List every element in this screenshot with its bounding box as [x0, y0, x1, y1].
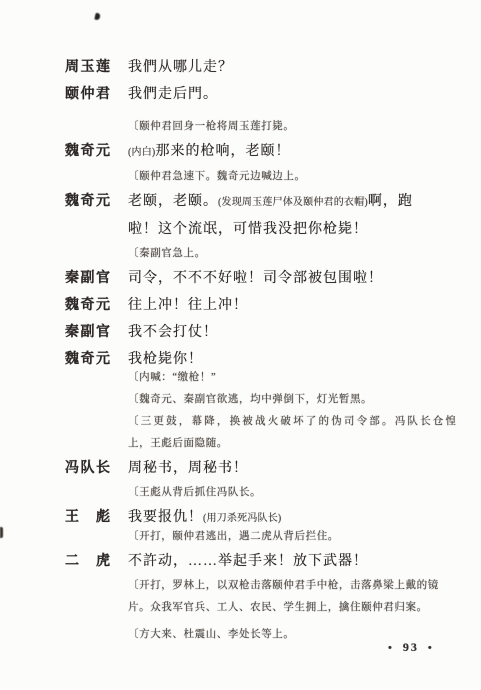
dialogue-text: 往上冲！往上冲！: [128, 292, 248, 319]
speaker-name: 魏奇元: [65, 292, 128, 319]
script-body: 周玉莲 我們从哪儿走？ 颐仲君 我們走后門。 〔颐仲君回身一枪将周玉莲打毙。 魏…: [0, 0, 481, 646]
dialogue-text: 司令，不不不好啦！司令部被包围啦！: [128, 265, 383, 292]
dialogue-line: 冯队长 周秘书，周秘书！: [0, 455, 481, 482]
dialogue-text: 周秘书，周秘书！: [128, 455, 248, 482]
speaker-name: 秦副官: [65, 265, 128, 292]
dialogue-line: 二 虎 不許动，……举起手来！放下武器！: [0, 548, 481, 575]
page-footer: •93•: [388, 640, 434, 655]
stage-direction-text: 〔魏奇元、秦副官欲逃，均中弹倒下，灯光暂黑。: [128, 394, 372, 405]
dialogue-text-main: 啊，跑: [368, 194, 413, 209]
stage-direction: 〔秦副官急上。: [0, 243, 481, 265]
edge-mark-artifact: [0, 527, 3, 538]
inline-direction: (发现周玉莲尸体及颐仲君的衣帽): [218, 197, 368, 208]
dialogue-text-lead: 老颐，老颐。: [128, 194, 218, 209]
inline-direction: (内白): [128, 147, 155, 158]
stage-direction-text: 〔内喊：“缴枪！”: [128, 372, 216, 383]
speaker-name: 魏奇元: [65, 188, 128, 215]
dialogue-text: 不許动，……举起手来！放下武器！: [128, 548, 368, 575]
stage-direction-text: 〔秦副官急上。: [128, 248, 206, 259]
stage-direction-text: 〔三更鼓，幕降，换被战火破坏了的伪司令部。冯队长仓惶: [128, 416, 458, 427]
stage-direction: 〔颐仲君回身一枪将周玉莲打毙。: [0, 116, 481, 138]
dialogue-line: 秦副官 司令，不不不好啦！司令部被包围啦！: [0, 265, 481, 292]
dialogue-text-main: 我要报仇！: [128, 510, 203, 525]
stage-direction-text: 〔开打，颐仲君逃出，遇二虎从背后拦住。: [128, 531, 339, 542]
dialogue-text: 我們走后門。: [128, 81, 218, 108]
speaker-name: 秦副官: [65, 319, 128, 346]
page-number: 93: [403, 640, 419, 654]
dialogue-line: 颐仲君 我們走后門。: [0, 81, 481, 108]
dialogue-text: 老颐，老颐。(发现周玉莲尸体及颐仲君的衣帽)啊，跑 啦！这个流氓，可惜我没把你枪…: [128, 188, 413, 243]
inline-direction: (用刀杀死冯队长): [203, 513, 281, 524]
speaker-name: 冯队长: [65, 455, 128, 482]
stage-direction-text: 〔方大来、杜震山、李处长等上。: [128, 629, 295, 640]
dialogue-text-main: 那来的枪响，老颐！: [155, 144, 290, 159]
dialogue-text: 我們从哪儿走？: [128, 54, 233, 81]
dialogue-line: 魏奇元 老颐，老颐。(发现周玉莲尸体及颐仲君的衣帽)啊，跑 啦！这个流氓，可惜我…: [0, 188, 481, 243]
dialogue-text: 我不会打仗！: [128, 319, 218, 346]
speaker-name: 王 彪: [65, 504, 128, 531]
footer-right-dot: •: [428, 642, 434, 654]
stage-direction: 〔三更鼓，幕降，换被战火破坏了的伪司令部。冯队长仓惶 上，王彪后面隐随。: [0, 411, 481, 455]
dialogue-text: (内白)那来的枪响，老颐！: [128, 138, 290, 166]
speaker-name: 魏奇元: [65, 346, 128, 373]
stage-direction-text: 〔开打，罗林上，以双枪击落颐仲君手中枪，击落鼻梁上戴的镜: [128, 580, 439, 591]
speaker-name: 魏奇元: [65, 138, 128, 165]
speaker-name: 颐仲君: [65, 81, 128, 108]
stage-direction-continuation: 上，王彪后面隐随。: [128, 433, 481, 455]
stage-direction-text: 〔王彪从背后抓住冯队长。: [128, 487, 261, 498]
dialogue-line: 魏奇元 (内白)那来的枪响，老颐！: [0, 138, 481, 166]
dialogue-line: 周玉莲 我們从哪儿走？: [0, 54, 481, 81]
stage-direction-text: 〔颐仲君急速下。魏奇元边喊边上。: [128, 171, 306, 182]
stage-direction: 〔颐仲君急速下。魏奇元边喊边上。: [0, 166, 481, 188]
scanned-script-page: 周玉莲 我們从哪儿走？ 颐仲君 我們走后門。 〔颐仲君回身一枪将周玉莲打毙。 魏…: [0, 0, 481, 690]
footer-left-dot: •: [388, 642, 394, 654]
dialogue-text-continuation: 啦！这个流氓，可惜我没把你枪毙！: [128, 216, 413, 243]
speaker-name: 周玉莲: [65, 54, 128, 81]
stage-direction: 〔开打，罗林上，以双枪击落颐仲君手中枪，击落鼻梁上戴的镜 片。众我军官兵、工人、…: [0, 575, 481, 619]
stage-direction-text: 〔颐仲君回身一枪将周玉莲打毙。: [128, 121, 295, 132]
speaker-name: 二 虎: [65, 548, 128, 575]
stage-direction: 〔王彪从背后抓住冯队长。: [0, 482, 481, 504]
stage-direction-continuation: 片。众我军官兵、工人、农民、学生拥上，擒住颐仲君归案。: [128, 597, 481, 619]
dialogue-line: 秦副官 我不会打仗！: [0, 319, 481, 346]
dialogue-line: 魏奇元 往上冲！往上冲！: [0, 292, 481, 319]
stage-direction: 〔魏奇元、秦副官欲逃，均中弹倒下，灯光暂黑。: [0, 389, 481, 411]
